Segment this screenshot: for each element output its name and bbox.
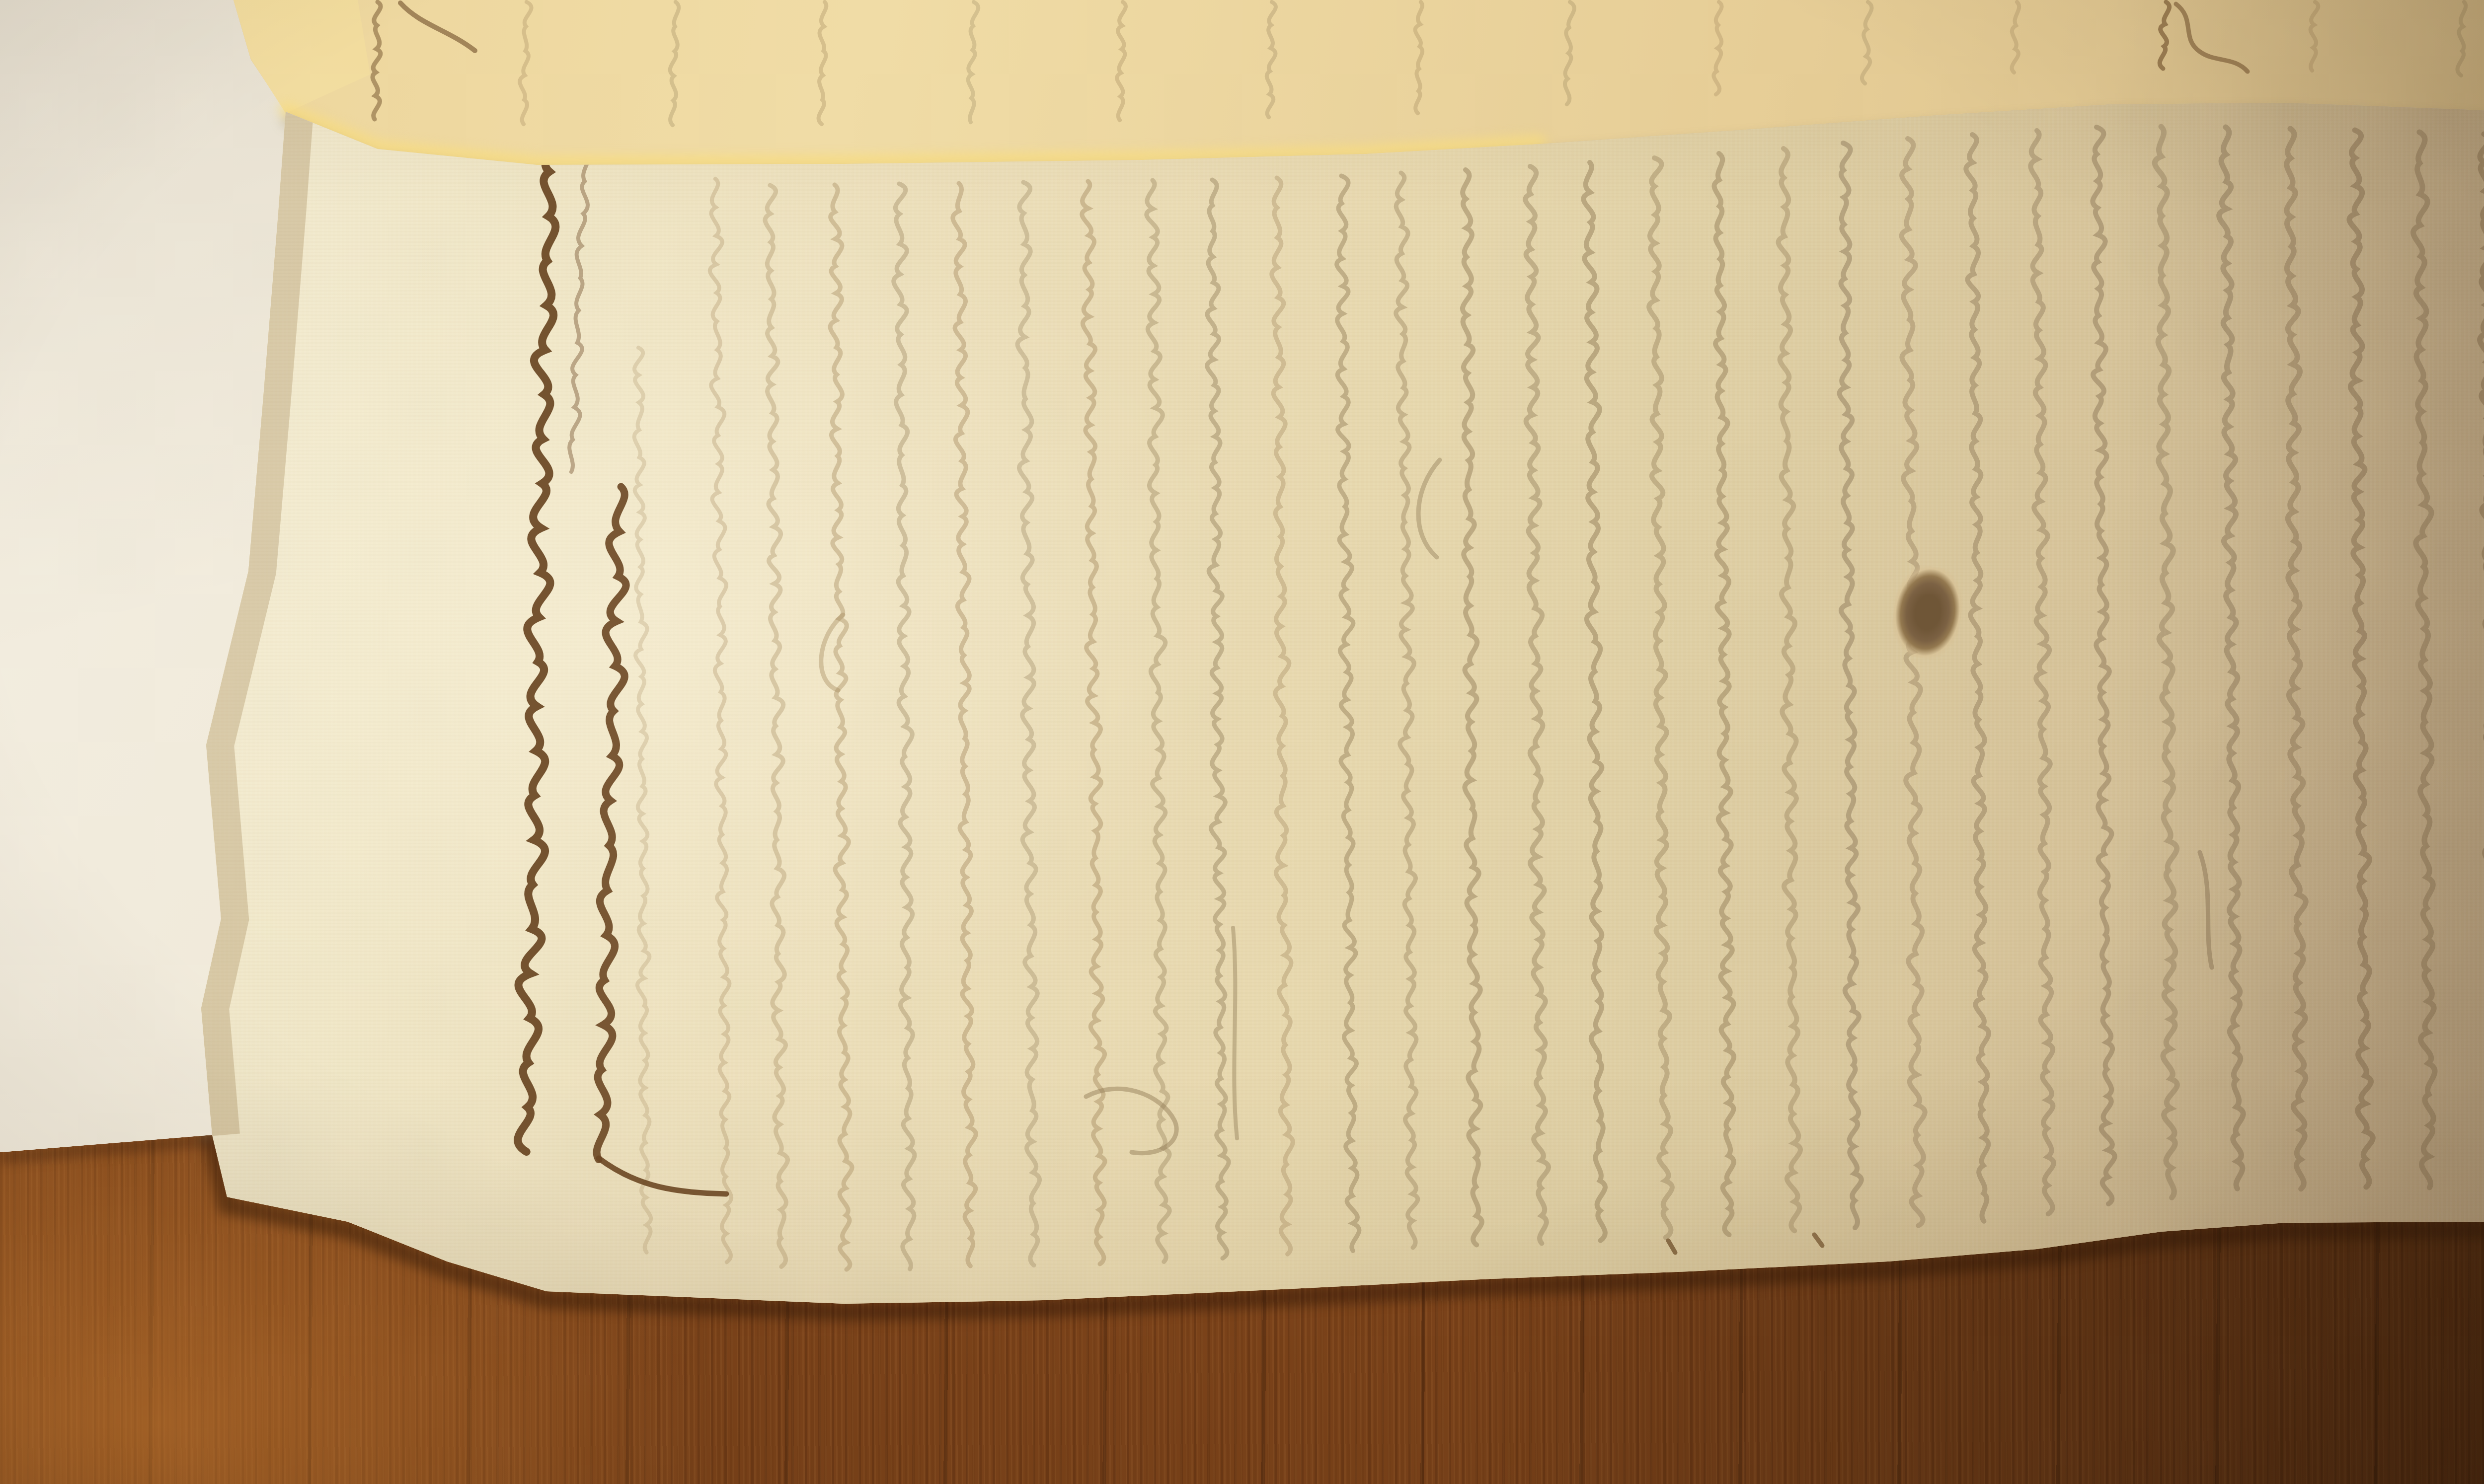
worm-hole: [1888, 562, 1968, 663]
manuscript-photo: [0, 0, 2484, 1484]
